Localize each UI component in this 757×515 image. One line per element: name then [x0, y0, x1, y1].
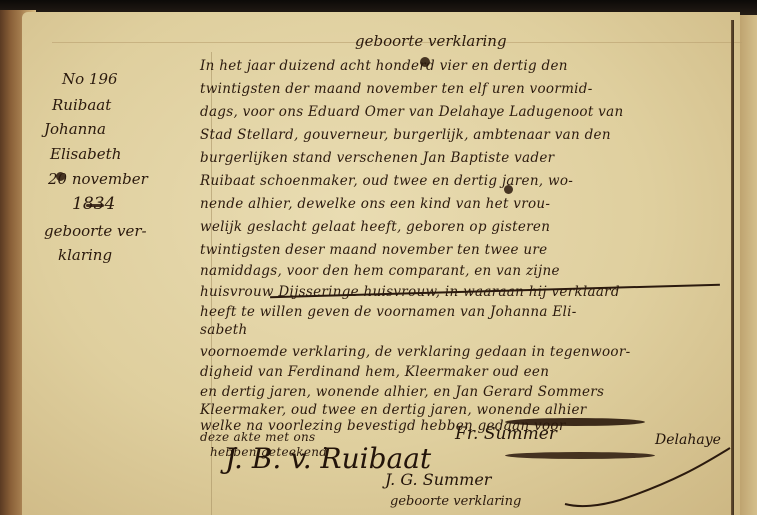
body-line: twintigsten deser maand november ten twe… — [200, 242, 547, 258]
footer-heading: geboorte verklaring — [390, 494, 521, 509]
body-line: nende alhier, dewelke ons een kind van h… — [200, 196, 550, 212]
signature-flourish — [560, 440, 740, 510]
signature-witness-2: J. G. Summer — [385, 470, 491, 489]
body-line: namiddags, voor den hem comparant, en va… — [200, 263, 560, 279]
entry-surname: Ruibaat — [52, 96, 111, 114]
entry-type-2: klaring — [58, 246, 112, 264]
entry-type-1: geboorte ver- — [44, 222, 147, 240]
underline-mark — [86, 204, 104, 207]
body-line: voornoemde verklaring, de verklaring ged… — [200, 344, 630, 360]
entry-heading: geboorte verklaring — [355, 32, 507, 50]
body-line: Stad Stellard, gouverneur, burgerlijk, a… — [200, 127, 611, 143]
entry-given-name-1: Johanna — [44, 120, 106, 138]
body-line: dags, voor ons Eduard Omer van Delahaye … — [200, 104, 623, 120]
body-line: sabeth — [200, 322, 248, 338]
body-line: digheid van Ferdinand hem, Kleermaker ou… — [200, 364, 549, 380]
signature-witness-1: Fr. Summer — [455, 424, 557, 444]
entry-number: No 196 — [62, 70, 118, 88]
body-line: en dertig jaren, wonende alhier, en Jan … — [200, 384, 604, 400]
body-line: In het jaar duizend acht honderd vier en… — [200, 58, 568, 74]
body-line: heeft te willen geven de voornamen van J… — [200, 304, 577, 320]
body-line: twintigsten der maand november ten elf u… — [200, 81, 593, 97]
ink-blot — [56, 172, 65, 181]
body-line: Ruibaat schoenmaker, oud twee en dertig … — [200, 173, 573, 189]
body-line: burgerlijken stand verschenen Jan Baptis… — [200, 150, 554, 166]
body-line: Kleermaker, oud twee en dertig jaren, wo… — [200, 402, 587, 418]
ink-blot — [420, 57, 430, 67]
body-line: welijk geslacht gelaat heeft, geboren op… — [200, 219, 550, 235]
entry-given-name-2: Elisabeth — [50, 145, 121, 163]
ink-blot — [504, 185, 513, 194]
